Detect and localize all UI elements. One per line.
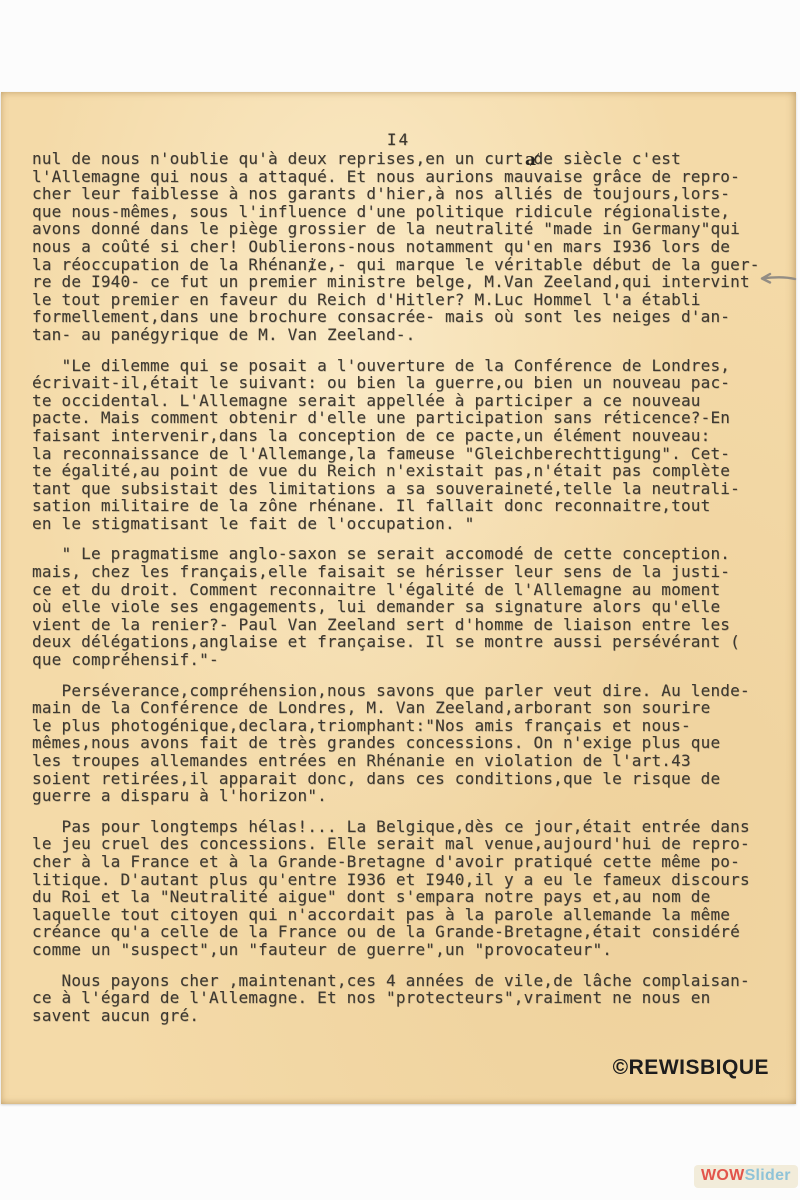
wowslider-slider-text: Slider bbox=[745, 1167, 791, 1184]
text-line: du Roi et la "Neutralité aigue" dont s'e… bbox=[32, 888, 794, 906]
text-line: formellement,dans une brochure consacrée… bbox=[32, 308, 794, 326]
text-line: créance qu'a celle de la France ou de la… bbox=[32, 923, 794, 941]
document-page: I4 nul de nous n'oublie qu'à deux repris… bbox=[1, 92, 796, 1104]
text-line: guerre a disparu à l'horizon". bbox=[32, 787, 794, 805]
text-line: que compréhensif."- bbox=[32, 651, 794, 669]
text-line: la réoccupation de la Rhénanie,- qui mar… bbox=[32, 256, 794, 274]
text-line: cher à la France et à la Grande-Bretagne… bbox=[32, 853, 794, 871]
text-line: écrivait-il,était le suivant: ou bien la… bbox=[32, 374, 794, 392]
text-line: ce et du droit. Comment reconnaitre l'ég… bbox=[32, 581, 794, 599]
text-line: le tout premier en faveur du Reich d'Hit… bbox=[32, 291, 794, 309]
text-line: la reconnaissance de l'Allemange,la fame… bbox=[32, 445, 794, 463]
handwritten-left-arrow-icon bbox=[755, 270, 797, 292]
text-line: l'Allemagne qui nous a attaqué. Et nous … bbox=[32, 168, 794, 186]
text-line: "Le dilemme qui se posait a l'ouverture … bbox=[32, 357, 794, 375]
text-line: pacte. Mais comment obtenir d'elle une p… bbox=[32, 409, 794, 427]
text-line: re de I940- ce fut un premier ministre b… bbox=[32, 273, 794, 291]
wowslider-wow-text: WOW bbox=[701, 1167, 745, 1184]
text-line: deux délégations,anglaise et française. … bbox=[32, 633, 794, 651]
text-line: le plus photogénique,declara,triomphant:… bbox=[32, 717, 794, 735]
text-line: main de la Conférence de Londres, M. Van… bbox=[32, 699, 794, 717]
text-line: avons donné dans le piège grossier de la… bbox=[32, 220, 794, 238]
text-line: nous a coûté si cher! Oublierons-nous no… bbox=[32, 238, 794, 256]
text-line: où elle viole ses engagements, lui deman… bbox=[32, 598, 794, 616]
text-line: ce à l'égard de l'Allemagne. Et nos "pro… bbox=[32, 989, 794, 1007]
paragraph: Perséverance,compréhension,nous savons q… bbox=[32, 682, 794, 805]
text-line: vient de la renier?- Paul Van Zeeland se… bbox=[32, 616, 794, 634]
text-line: laquelle tout citoyen qui n'accordait pa… bbox=[32, 906, 794, 924]
text-line: te occidental. L'Allemagne serait appell… bbox=[32, 392, 794, 410]
page-number: I4 bbox=[1, 130, 796, 149]
text-line: faisant intervenir,dans la conception de… bbox=[32, 427, 794, 445]
paragraph: " Le pragmatisme anglo-saxon se serait a… bbox=[32, 545, 794, 668]
text-line: mais, chez les français,elle faisait se … bbox=[32, 563, 794, 581]
text-line: te égalité,au point de vue du Reich n'ex… bbox=[32, 462, 794, 480]
text-line: mêmes,nous avons fait de très grandes co… bbox=[32, 734, 794, 752]
text-line: " Le pragmatisme anglo-saxon se serait a… bbox=[32, 545, 794, 563]
text-line: les troupes allemandes entrées en Rhénan… bbox=[32, 752, 794, 770]
text-line: tan- au panégyrique de M. Van Zeeland-. bbox=[32, 326, 794, 344]
text-line: sation militaire de la zône rhénane. Il … bbox=[32, 497, 794, 515]
text-line: Perséverance,compréhension,nous savons q… bbox=[32, 682, 794, 700]
text-line: soient retirées,il apparait donc, dans c… bbox=[32, 770, 794, 788]
text-line: comme un "suspect",un "fauteur de guerre… bbox=[32, 941, 794, 959]
text-line: savent aucun gré. bbox=[32, 1007, 794, 1025]
handwritten-letter-a-annotation: a bbox=[525, 152, 536, 169]
text-line: cher leur faiblesse à nos garants d'hier… bbox=[32, 185, 794, 203]
text-line: nul de nous n'oublie qu'à deux reprises,… bbox=[32, 150, 794, 168]
text-line: que nous-mêmes, sous l'influence d'une p… bbox=[32, 203, 794, 221]
text-line: en le stigmatisant le fait de l'occupati… bbox=[32, 515, 794, 533]
paragraph: nul de nous n'oublie qu'à deux reprises,… bbox=[32, 150, 794, 344]
paragraph: Pas pour longtemps hélas!... La Belgique… bbox=[32, 818, 794, 959]
paragraph: "Le dilemme qui se posait a l'ouverture … bbox=[32, 357, 794, 533]
text-line: Nous payons cher ,maintenant,ces 4 année… bbox=[32, 972, 794, 990]
text-line: le jeu cruel des concessions. Elle serai… bbox=[32, 835, 794, 853]
wowslider-watermark: WOWSlider bbox=[694, 1165, 798, 1188]
text-line: tant que subsistait des limitations a sa… bbox=[32, 480, 794, 498]
copyright-watermark: ©REWISBIQUE bbox=[613, 1056, 769, 1080]
document-text: nul de nous n'oublie qu'à deux reprises,… bbox=[32, 150, 794, 1037]
text-line: litique. D'autant plus qu'entre I936 et … bbox=[32, 871, 794, 889]
text-line: Pas pour longtemps hélas!... La Belgique… bbox=[32, 818, 794, 836]
paragraph: Nous payons cher ,maintenant,ces 4 année… bbox=[32, 972, 794, 1025]
